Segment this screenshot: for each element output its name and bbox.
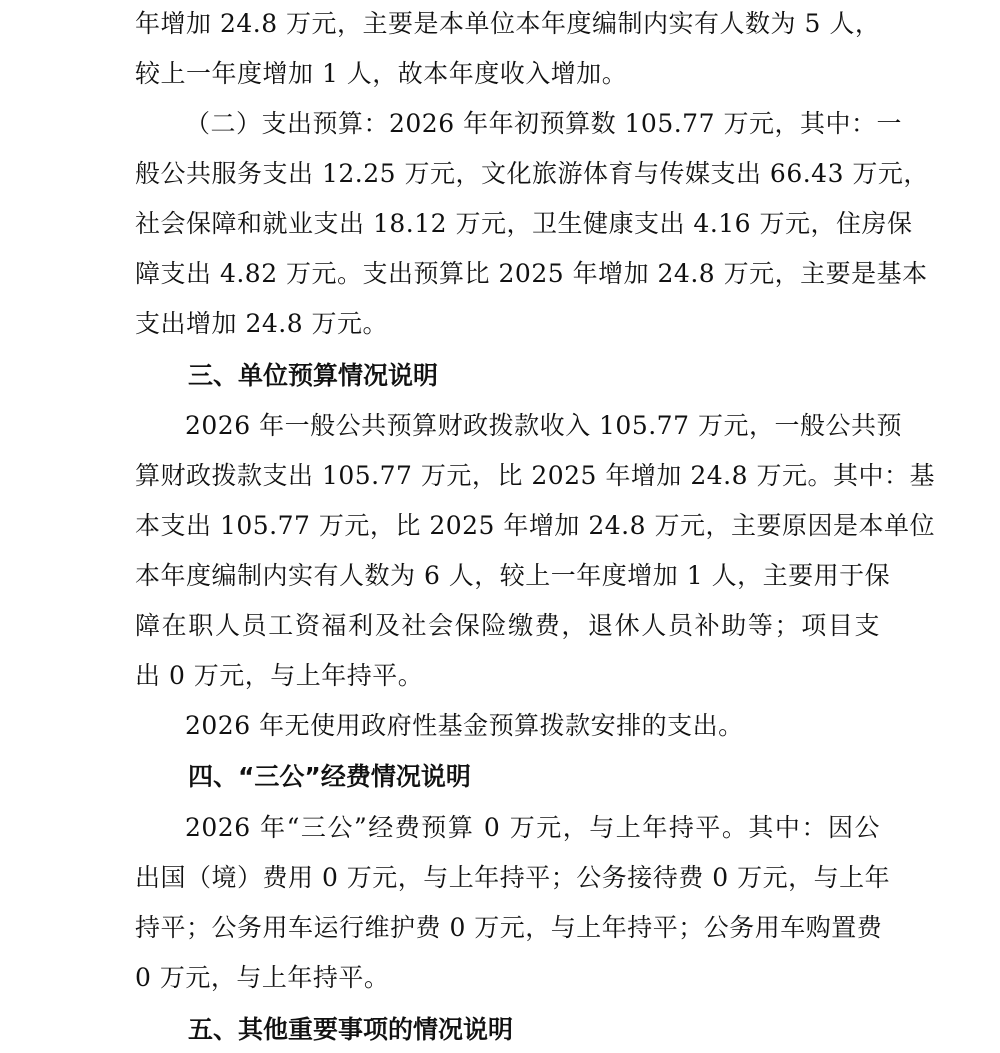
income-line-1: 年增加 24.8 万元，主要是本单位本年度编制内实有人数为 5 人，	[135, 4, 880, 44]
unit-budget-line-2: 算财政拨款支出 105.77 万元，比 2025 年增加 24.8 万元。其中：…	[135, 456, 880, 496]
expenditure-line-3: 社会保障和就业支出 18.12 万元，卫生健康支出 4.16 万元，住房保	[135, 204, 880, 244]
three-public-line-4: 0 万元，与上年持平。	[135, 958, 880, 998]
expenditure-line-4: 障支出 4.82 万元。支出预算比 2025 年增加 24.8 万元，主要是基本	[135, 254, 880, 294]
unit-budget-line-1: 2026 年一般公共预算财政拨款收入 105.77 万元，一般公共预	[185, 406, 880, 446]
three-public-line-3: 持平；公务用车运行维护费 0 万元，与上年持平；公务用车购置费	[135, 908, 880, 948]
document-page: 年增加 24.8 万元，主要是本单位本年度编制内实有人数为 5 人， 较上一年度…	[0, 0, 1000, 1053]
gov-fund-line-1: 2026 年无使用政府性基金预算拨款安排的支出。	[185, 706, 880, 746]
expenditure-line-5: 支出增加 24.8 万元。	[135, 304, 880, 344]
expenditure-line-1: （二）支出预算：2026 年年初预算数 105.77 万元，其中：一	[185, 104, 880, 144]
unit-budget-line-5: 障在职人员工资福利及社会保险缴费，退休人员补助等；项目支	[135, 606, 880, 646]
expenditure-line-2: 般公共服务支出 12.25 万元，文化旅游体育与传媒支出 66.43 万元，	[135, 154, 880, 194]
income-line-2: 较上一年度增加 1 人，故本年度收入增加。	[135, 54, 880, 94]
unit-budget-line-6: 出 0 万元，与上年持平。	[135, 656, 880, 696]
unit-budget-line-4: 本年度编制内实有人数为 6 人，较上一年度增加 1 人，主要用于保	[135, 556, 880, 596]
three-public-line-2: 出国（境）费用 0 万元，与上年持平；公务接待费 0 万元，与上年	[135, 858, 880, 898]
unit-budget-line-3: 本支出 105.77 万元，比 2025 年增加 24.8 万元，主要原因是本单…	[135, 506, 880, 546]
section-heading-3: 三、单位预算情况说明	[188, 356, 880, 396]
three-public-line-1: 2026 年“三公”经费预算 0 万元，与上年持平。其中：因公	[185, 808, 880, 848]
section-heading-4: 四、“三公”经费情况说明	[188, 757, 880, 797]
section-heading-5: 五、其他重要事项的情况说明	[188, 1010, 880, 1050]
